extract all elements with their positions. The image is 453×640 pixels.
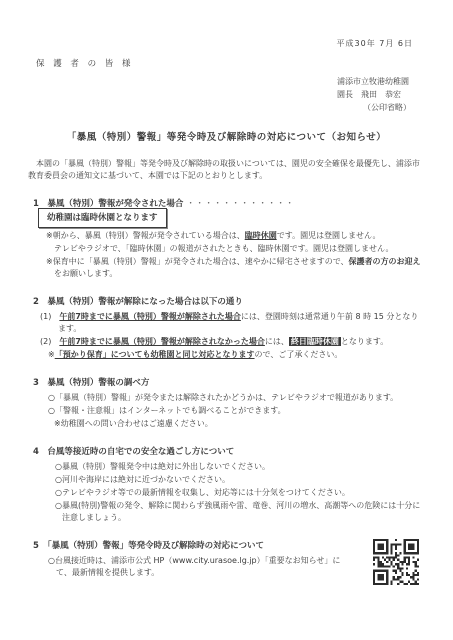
section: 1 暴風（特別）警報が発令された場合・・・・・・・・・・・・幼稚園は臨時休園とな…: [28, 197, 425, 280]
text-segment: 保護者の方のお迎え: [349, 257, 421, 266]
text-segment: ※: [48, 350, 55, 359]
text-segment: ※保育中に「暴風（特別）警報」が発令された場合は、速やかに帰宅させますので、: [46, 257, 349, 266]
seal-omitted-note: （公印省略）: [337, 101, 411, 114]
section: 5 「暴風（特別）警報」等発令時及び解除時の対応について○台風接近時は、浦添市公…: [28, 539, 425, 579]
section-line: (1) 午前7時までに暴風（特別）警報が解除された場合には、登園時刻は通常通り午…: [28, 311, 425, 335]
sender-principal: 園長 飛田 恭宏: [337, 88, 411, 101]
section-body: ※朝から、暴風（特別）警報が発令されている場合は、臨時休園です。園児は登園しませ…: [28, 230, 425, 280]
boxed-notice: 幼稚園は臨時休園となります: [38, 208, 167, 228]
document-date: 平成30年 7月 6日: [28, 38, 425, 49]
text-segment: ○「暴風（特別）警報」が発令または解除されたかどうかは、テレビやラジオで報道があ…: [48, 393, 398, 402]
text-segment: ・・・・・・・・・・・・: [186, 199, 294, 209]
section-line: ○台風接近時は、浦添市公式 HP（www.city.urasoe.lg.jp）「…: [28, 555, 355, 579]
text-segment: ○河川や海岸には絶対に近づかないでください。: [55, 475, 230, 484]
section-line: (2) 午前7時までに暴風（特別）警報が解除されなかった場合には、終日臨時休園と…: [28, 336, 425, 348]
text-segment: です。園児は登園しません。: [277, 231, 381, 240]
section-heading: 3 暴風（特別）警報の調べ方: [28, 376, 425, 390]
section-line: ※朝から、暴風（特別）警報が発令されている場合は、臨時休園です。園児は登園しませ…: [28, 230, 425, 242]
text-segment: (2): [40, 337, 59, 346]
section-line: ※保育中に「暴風（特別）警報」が発令された場合は、速やかに帰宅させますので、保護…: [28, 256, 425, 280]
text-segment: ※朝から、暴風（特別）警報が発令されている場合は、: [46, 231, 245, 240]
document-title: 「暴風（特別）警報」等発令時及び解除時の対応について（お知らせ）: [28, 129, 425, 143]
text-segment: ※幼稚園への問い合わせはご遠慮ください。: [54, 419, 213, 428]
text-segment: 5 「暴風（特別）警報」等発令時及び解除時の対応について: [33, 541, 264, 551]
text-segment: ○台風接近時は、浦添市公式 HP（www.city.urasoe.lg.jp）「…: [48, 556, 340, 577]
section-line: ○「警報・注意報」はインターネットでも調べることができます。: [28, 405, 425, 417]
text-segment: テレビやラジオで、「臨時休園」の報道がされたときも、臨時休園です。園児は登園しま…: [54, 244, 394, 253]
text-segment: ○「警報・注意報」はインターネットでも調べることができます。: [48, 406, 286, 415]
section-line: ○「暴風（特別）警報」が発令または解除されたかどうかは、テレビやラジオで報道があ…: [28, 392, 425, 404]
section-body: (1) 午前7時までに暴風（特別）警報が解除された場合には、登園時刻は通常通り午…: [28, 311, 425, 361]
text-segment: 午前7時までに暴風（特別）警報が解除された場合: [59, 312, 241, 321]
text-segment: 午前7時までに暴風（特別）警報が解除されなかった場合: [59, 337, 265, 346]
text-segment: ○暴風（特別）警報発令中は絶対に外出しないでください。: [55, 462, 270, 471]
text-segment: 4 台風等接近時の自宅での安全な過ごし方について: [33, 447, 234, 457]
sender-block: 浦添市立牧港幼稚園 園長 飛田 恭宏 （公印省略）: [28, 75, 425, 114]
sections: 1 暴風（特別）警報が発令された場合・・・・・・・・・・・・幼稚園は臨時休園とな…: [28, 197, 425, 579]
text-segment: 3 暴風（特別）警報の調べ方: [33, 378, 149, 388]
text-segment: ので、ご了承ください。: [255, 350, 343, 359]
section-body: ○台風接近時は、浦添市公式 HP（www.city.urasoe.lg.jp）「…: [28, 555, 355, 579]
text-segment: ○暴風(特別)警報の発令、解除に関わらず強風雨や雷、竜巻、河川の増水、高潮等への…: [55, 501, 420, 522]
text-segment: 「預かり保育」についても幼稚園と同じ対応となります: [55, 350, 255, 359]
section: 2 暴風（特別）警報が解除になった場合は以下の通り(1) 午前7時までに暴風（特…: [28, 295, 425, 361]
section: 4 台風等接近時の自宅での安全な過ごし方について○暴風（特別）警報発令中は絶対に…: [28, 445, 425, 524]
section-heading: 5 「暴風（特別）警報」等発令時及び解除時の対応について: [28, 539, 425, 553]
section-line: テレビやラジオで、「臨時休園」の報道がされたときも、臨時休園です。園児は登園しま…: [28, 243, 425, 255]
section-line: ※幼稚園への問い合わせはご遠慮ください。: [28, 418, 425, 430]
sender-organization: 浦添市立牧港幼稚園: [337, 75, 411, 88]
section-line: ○暴風（特別）警報発令中は絶対に外出しないでください。: [28, 461, 425, 473]
section-line: ○河川や海岸には絶対に近づかないでください。: [28, 474, 425, 486]
section-heading: 2 暴風（特別）警報が解除になった場合は以下の通り: [28, 295, 425, 309]
section-heading: 1 暴風（特別）警報が発令された場合・・・・・・・・・・・・幼稚園は臨時休園とな…: [28, 197, 425, 228]
text-segment: には、: [265, 337, 289, 346]
highlighted-text: 終日臨時休園: [289, 337, 341, 346]
section-body: ○「暴風（特別）警報」が発令または解除されたかどうかは、テレビやラジオで報道があ…: [28, 392, 425, 430]
text-segment: をお願いします。: [54, 269, 117, 278]
section-line: ○暴風(特別)警報の発令、解除に関わらず強風雨や雷、竜巻、河川の増水、高潮等への…: [28, 500, 425, 524]
addressee: 保 護 者 の 皆 様: [28, 57, 425, 69]
section: 3 暴風（特別）警報の調べ方○「暴風（特別）警報」が発令または解除されたかどうか…: [28, 376, 425, 430]
intro-paragraph: 本園の「暴風（特別）警報」等発令時及び解除時の取扱いについては、園児の安全確保を…: [28, 158, 425, 182]
text-segment: となります。: [341, 337, 388, 346]
qr-code-icon: [373, 539, 419, 585]
section-line: ※「預かり保育」についても幼稚園と同じ対応となりますので、ご了承ください。: [28, 349, 425, 361]
text-segment: ○テレビやラジオ等での最新情報を収集し、対応等には十分気をつけてください。: [55, 488, 350, 497]
text-segment: (1): [40, 312, 59, 321]
text-segment: 2 暴風（特別）警報が解除になった場合は以下の通り: [33, 297, 243, 307]
section-line: ○テレビやラジオ等での最新情報を収集し、対応等には十分気をつけてください。: [28, 487, 425, 499]
text-segment: 臨時休園: [245, 231, 277, 240]
notice-document: 平成30年 7月 6日 保 護 者 の 皆 様 浦添市立牧港幼稚園 園長 飛田 …: [0, 0, 453, 640]
section-body: ○暴風（特別）警報発令中は絶対に外出しないでください。○河川や海岸には絶対に近づ…: [28, 461, 425, 524]
section-heading: 4 台風等接近時の自宅での安全な過ごし方について: [28, 445, 425, 459]
